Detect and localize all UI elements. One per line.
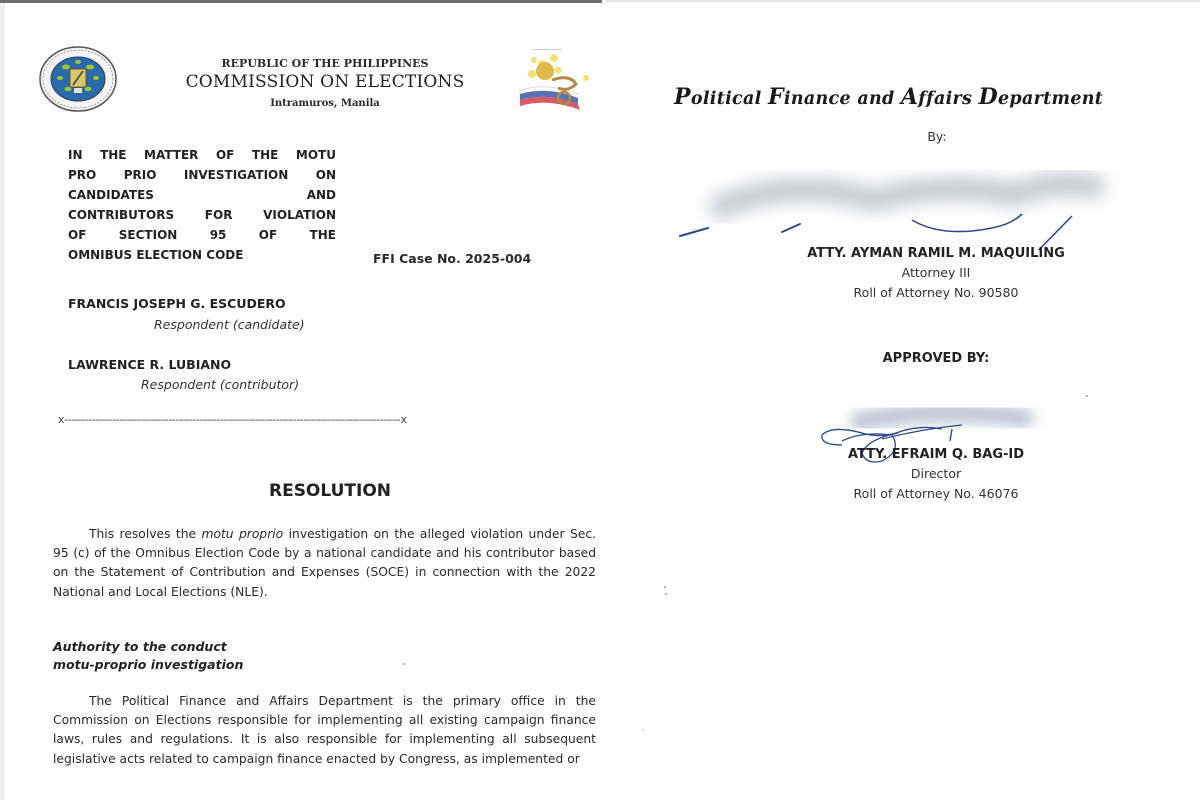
scan-speck <box>664 586 666 588</box>
redacted-signature-icon <box>672 170 1132 250</box>
svg-text:~~~~~~~~~: ~~~~~~~~~ <box>532 47 562 52</box>
letterhead-republic: REPUBLIC OF THE PHILIPPINES <box>160 57 490 70</box>
document-title: RESOLUTION <box>200 481 460 501</box>
section-subheading: Authority to the conduct motu-proprio in… <box>53 638 453 674</box>
page-left-margin-strip <box>0 3 5 800</box>
subheading-line: motu-proprio investigation <box>53 656 453 674</box>
respondent-name: LAWRENCE R. LUBIANO <box>68 357 231 372</box>
caption-line: CANDIDATES AND <box>68 185 336 205</box>
caption-line: CONTRIBUTORS FOR VIOLATION <box>68 205 336 225</box>
signer-name: ATTY. EFRAIM Q. BAG-ID <box>746 445 1126 464</box>
comelec-seal-icon <box>38 45 118 113</box>
department-name: Political Finance and Affairs Department <box>674 84 1200 110</box>
scan-speck <box>1086 395 1088 397</box>
signer-title: Attorney III <box>746 263 1126 283</box>
approved-by-label: APPROVED BY: <box>846 351 1026 366</box>
intro-italic: motu proprio <box>201 527 283 541</box>
respondent-role: Respondent (candidate) <box>154 317 305 332</box>
case-number: FFI Case No. 2025-004 <box>373 251 531 266</box>
scan-speck <box>403 663 405 665</box>
intro-paragraph: This resolves the motu proprio investiga… <box>53 525 596 602</box>
authority-paragraph: The Political Finance and Affairs Depart… <box>53 692 596 769</box>
page-top-border <box>0 0 602 3</box>
signer-roll-number: Roll of Attorney No. 46076 <box>746 484 1126 504</box>
scan-speck <box>642 729 644 731</box>
caption-line: OMNIBUS ELECTION CODE <box>68 245 336 265</box>
anniversary-logo-icon: ~~~~~~~~~ <box>518 44 602 116</box>
signer-title: Director <box>746 464 1126 484</box>
intro-lead: This resolves the <box>89 527 201 541</box>
caption-line: PRO PRIO INVESTIGATION ON <box>68 165 336 185</box>
by-label: By: <box>902 129 972 144</box>
caption-separator: x---------------------------------------… <box>58 413 598 426</box>
letterhead-agency: COMMISSION ON ELECTIONS <box>140 72 510 92</box>
approved-by-block: ATTY. EFRAIM Q. BAG-ID Director Roll of … <box>746 445 1126 504</box>
resolution-page-1: REPUBLIC OF THE PHILIPPINES COMMISSION O… <box>0 0 602 800</box>
signer-name: ATTY. AYMAN RAMIL M. MAQUILING <box>746 244 1126 263</box>
prepared-by-block: ATTY. AYMAN RAMIL M. MAQUILING Attorney … <box>746 244 1126 303</box>
caption-line: IN THE MATTER OF THE MOTU <box>68 145 336 165</box>
caption-line: OF SECTION 95 OF THE <box>68 225 336 245</box>
respondent-role: Respondent (contributor) <box>141 377 299 392</box>
letterhead-address: Intramuros, Manila <box>160 98 490 109</box>
case-caption: IN THE MATTER OF THE MOTU PRO PRIO INVES… <box>68 145 336 265</box>
resolution-signature-page: Political Finance and Affairs Department… <box>602 0 1200 800</box>
respondent-name: FRANCIS JOSEPH G. ESCUDERO <box>68 296 286 311</box>
page-top-border <box>606 0 1200 2</box>
signer-roll-number: Roll of Attorney No. 90580 <box>746 283 1126 303</box>
subheading-line: Authority to the conduct <box>53 638 453 656</box>
authority-text: The Political Finance and Affairs Depart… <box>53 694 596 766</box>
scan-speck <box>665 593 667 595</box>
